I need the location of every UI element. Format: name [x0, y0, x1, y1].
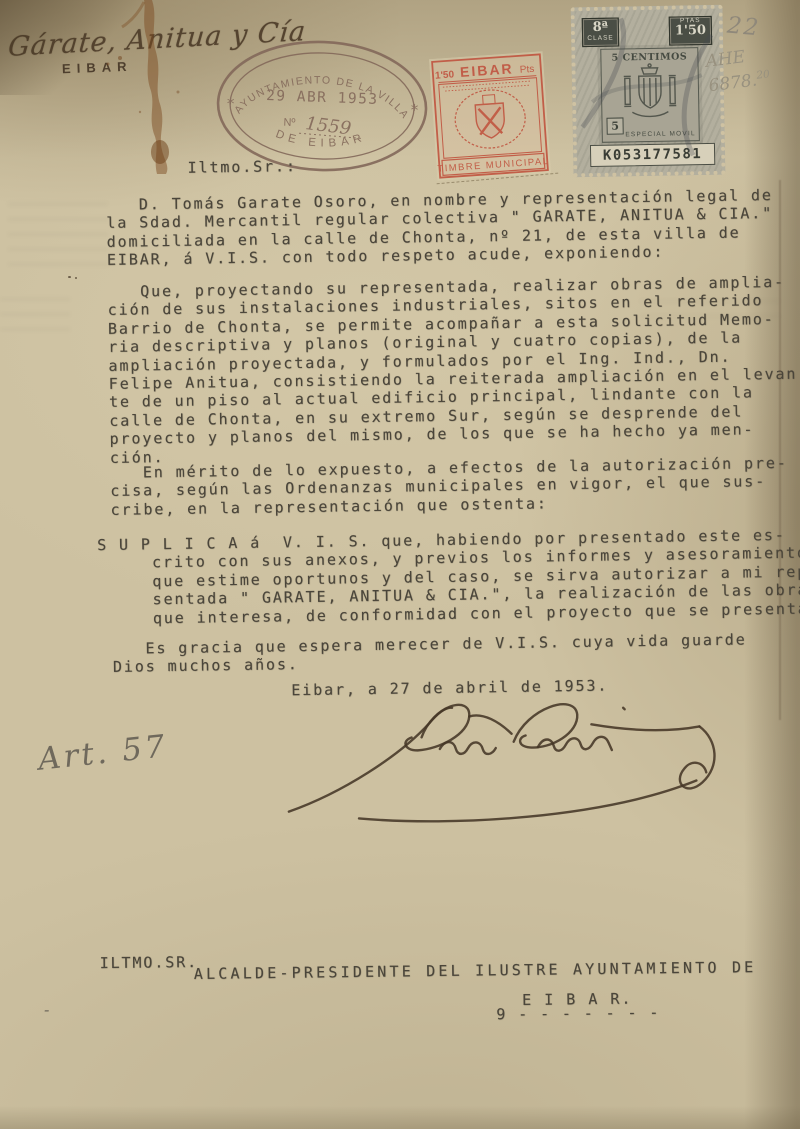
footer-iltmo: ILTMO.SR. [100, 953, 199, 973]
scanned-letter-page: Gárate, Anitua y Cía EIBAR AYUNTAMIENTO … [0, 0, 800, 1129]
paragraph-intro: D. Tomás Garate Osoro, en nombre y repre… [106, 186, 774, 270]
footer-alcalde: ALCALDE-PRESIDENTE DEL ILUSTRE AYUNTAMIE… [194, 958, 757, 983]
bottom-edge-shadow [0, 1103, 800, 1129]
bleedthrough-smudge [0, 298, 70, 338]
paragraph-merito: En mérito de lo expuesto, a efectos de l… [110, 454, 788, 519]
salutation: Iltmo.Sr.: [187, 157, 297, 177]
paper-speck [75, 277, 77, 279]
paragraph-gracia: Es gracia que espera merecer de V.I.S. c… [113, 630, 747, 676]
footer-address: ILTMO.SR. ALCALDE-PRESIDENTE DEL ILUSTRE… [97, 942, 778, 1040]
bleedthrough-smudge [8, 203, 108, 267]
footer-dashes: 9 - - - - - - - [496, 1003, 660, 1023]
paragraph-suplica: S U P L I C A á V. I. S. que, habiendo p… [97, 525, 800, 628]
typed-body: Iltmo.Sr.: D. Tomás Garate Osoro, en nom… [0, 0, 800, 801]
paper-speck [68, 276, 71, 278]
bleedthrough-smudge [640, 300, 780, 330]
pencil-stray-dash: - [44, 1000, 49, 1019]
signature-tomas-garate [271, 688, 723, 831]
